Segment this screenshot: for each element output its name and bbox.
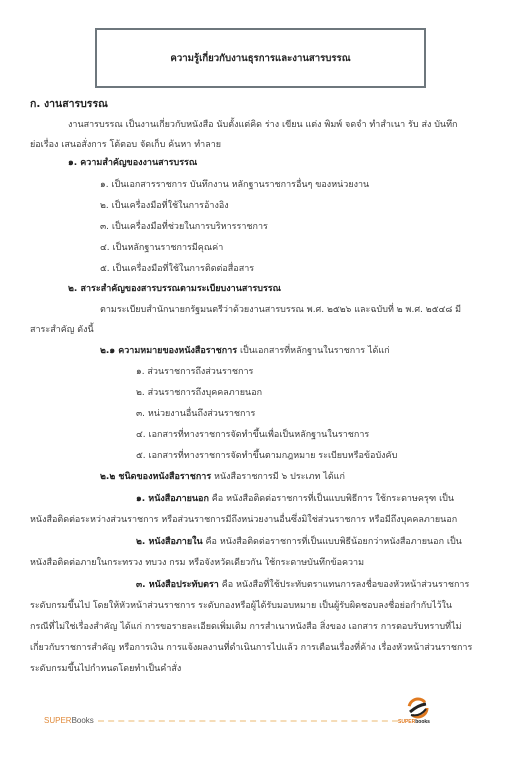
footer-brand-super: SUPER bbox=[44, 716, 72, 725]
importance-item-1: ๑. เป็นเอกสารราชการ บันทึกงาน หลักฐานราช… bbox=[100, 179, 369, 191]
types-text: หนังสือราชการมี ๖ ประเภท ได้แก่ bbox=[211, 472, 345, 482]
stamped-letter-line-3: กรณีที่ไม่ใช่เรื่องสำคัญ ได้แก่ การขอราย… bbox=[30, 621, 462, 633]
importance-item-3: ๓. เป็นเครื่องมือที่ช่วยในการบริหารราชกา… bbox=[100, 221, 268, 233]
meaning-item-5: ๕. เอกสารที่ทางราชการจัดทำขึ้นตามกฎหมาย … bbox=[136, 450, 397, 462]
meaning-item-2: ๒. ส่วนราชการถึงบุคคลภายนอก bbox=[136, 387, 262, 399]
logo-books: books bbox=[415, 719, 430, 725]
types-paragraph: ๒.๒ ชนิดของหนังสือราชการ หนังสือราชการมี… bbox=[100, 471, 345, 483]
stamped-letter-line-1: ๓. หนังสือประทับตรา คือ หนังสือที่ใช้ประ… bbox=[136, 579, 469, 591]
external-letter-line-1: ๑. หนังสือภายนอก คือ หนังสือติดต่อราชการ… bbox=[136, 493, 454, 505]
intro-paragraph-line-1: งานสารบรรณ เป็นงานเกี่ยวกับหนังสือ นับตั… bbox=[68, 119, 457, 131]
stamped-letter-label: ๓. หนังสือประทับตรา bbox=[136, 580, 219, 590]
essence-intro-line-2: สาระสำคัญ ดังนี้ bbox=[30, 324, 94, 336]
meaning-item-3: ๓. หน่วยงานอื่นถึงส่วนราชการ bbox=[136, 408, 255, 420]
types-label: ๒.๒ ชนิดของหนังสือราชการ bbox=[100, 472, 211, 482]
footer-brand: SUPERBooks bbox=[44, 716, 94, 725]
meaning-text: เป็นเอกสารที่หลักฐานในราชการ ได้แก่ bbox=[237, 346, 389, 356]
importance-item-5: ๕. เป็นเครื่องมือที่ใช้ในการติดต่อสื่อสา… bbox=[100, 263, 254, 275]
internal-letter-line-1: ๒. หนังสือภายใน คือ หนังสือติดต่อราชการท… bbox=[136, 536, 462, 548]
meaning-item-4: ๔. เอกสารที่ทางราชการจัดทำขึ้นเพื่อเป็นห… bbox=[136, 429, 369, 441]
meaning-item-1: ๑. ส่วนราชการถึงส่วนราชการ bbox=[136, 366, 253, 378]
logo-wordmark: SUPERbooks bbox=[398, 719, 430, 725]
essence-intro-line-1: ตามระเบียบสำนักนายกรัฐมนตรีว่าด้วยงานสาร… bbox=[100, 304, 461, 316]
stamped-letter-line-5: ระดับกรมขึ้นไปกำหนดโดยทำเป็นคำสั่ง bbox=[30, 663, 181, 675]
internal-letter-label: ๒. หนังสือภายใน bbox=[136, 537, 203, 547]
stamped-letter-line-4: เกี่ยวกับราชการสำคัญ หรือการเงิน การแจ้ง… bbox=[30, 642, 472, 654]
external-letter-text: คือ หนังสือติดต่อราชการที่เป็นแบบพิธีการ… bbox=[209, 494, 454, 504]
internal-letter-text: คือ หนังสือติดต่อราชการที่เป็นแบบพิธีน้อ… bbox=[203, 537, 462, 547]
page-title: ความรู้เกี่ยวกับงานธุรการและงานสารบรรณ bbox=[170, 51, 350, 66]
importance-item-4: ๔. เป็นหลักฐานราชการมีคุณค่า bbox=[100, 242, 223, 254]
intro-paragraph-line-2: ย่อเรื่อง เสนอสั่งการ โต้ตอบ จัดเก็บ ค้น… bbox=[30, 139, 221, 151]
stamped-letter-text: คือ หนังสือที่ใช้ประทับตราแทนการลงชื่อขอ… bbox=[219, 580, 469, 590]
logo-super: SUPER bbox=[398, 719, 415, 725]
internal-letter-line-2: หนังสือติดต่อภายในกระทรวง ทบวง กรม หรือจ… bbox=[30, 557, 364, 569]
stamped-letter-line-2: ระดับกรมขึ้นไป โดยให้หัวหน้าส่วนราชการ ร… bbox=[30, 600, 452, 612]
document-page: ความรู้เกี่ยวกับงานธุรการและงานสารบรรณ ก… bbox=[0, 0, 515, 773]
meaning-paragraph: ๒.๑ ความหมายของหนังสือราชการ เป็นเอกสารท… bbox=[100, 345, 390, 357]
external-letter-line-2: หนังสือติดต่อระหว่างส่วนราชการ หรือส่วนร… bbox=[30, 514, 457, 526]
importance-heading: ๑. ความสำคัญของงานสารบรรณ bbox=[68, 157, 197, 169]
footer-brand-books: Books bbox=[72, 716, 94, 725]
importance-item-2: ๒. เป็นเครื่องมือที่ใช้ในการอ้างอิง bbox=[100, 200, 229, 212]
footer-dotted-rule bbox=[98, 720, 398, 722]
title-box: ความรู้เกี่ยวกับงานธุรการและงานสารบรรณ bbox=[95, 28, 426, 88]
meaning-label: ๒.๑ ความหมายของหนังสือราชการ bbox=[100, 346, 237, 356]
external-letter-label: ๑. หนังสือภายนอก bbox=[136, 494, 209, 504]
section-heading-ko: ก. งานสารบรรณ bbox=[30, 98, 108, 110]
essence-heading: ๒. สาระสำคัญของสารบรรณตามระเบียบงานสารบร… bbox=[68, 283, 281, 295]
